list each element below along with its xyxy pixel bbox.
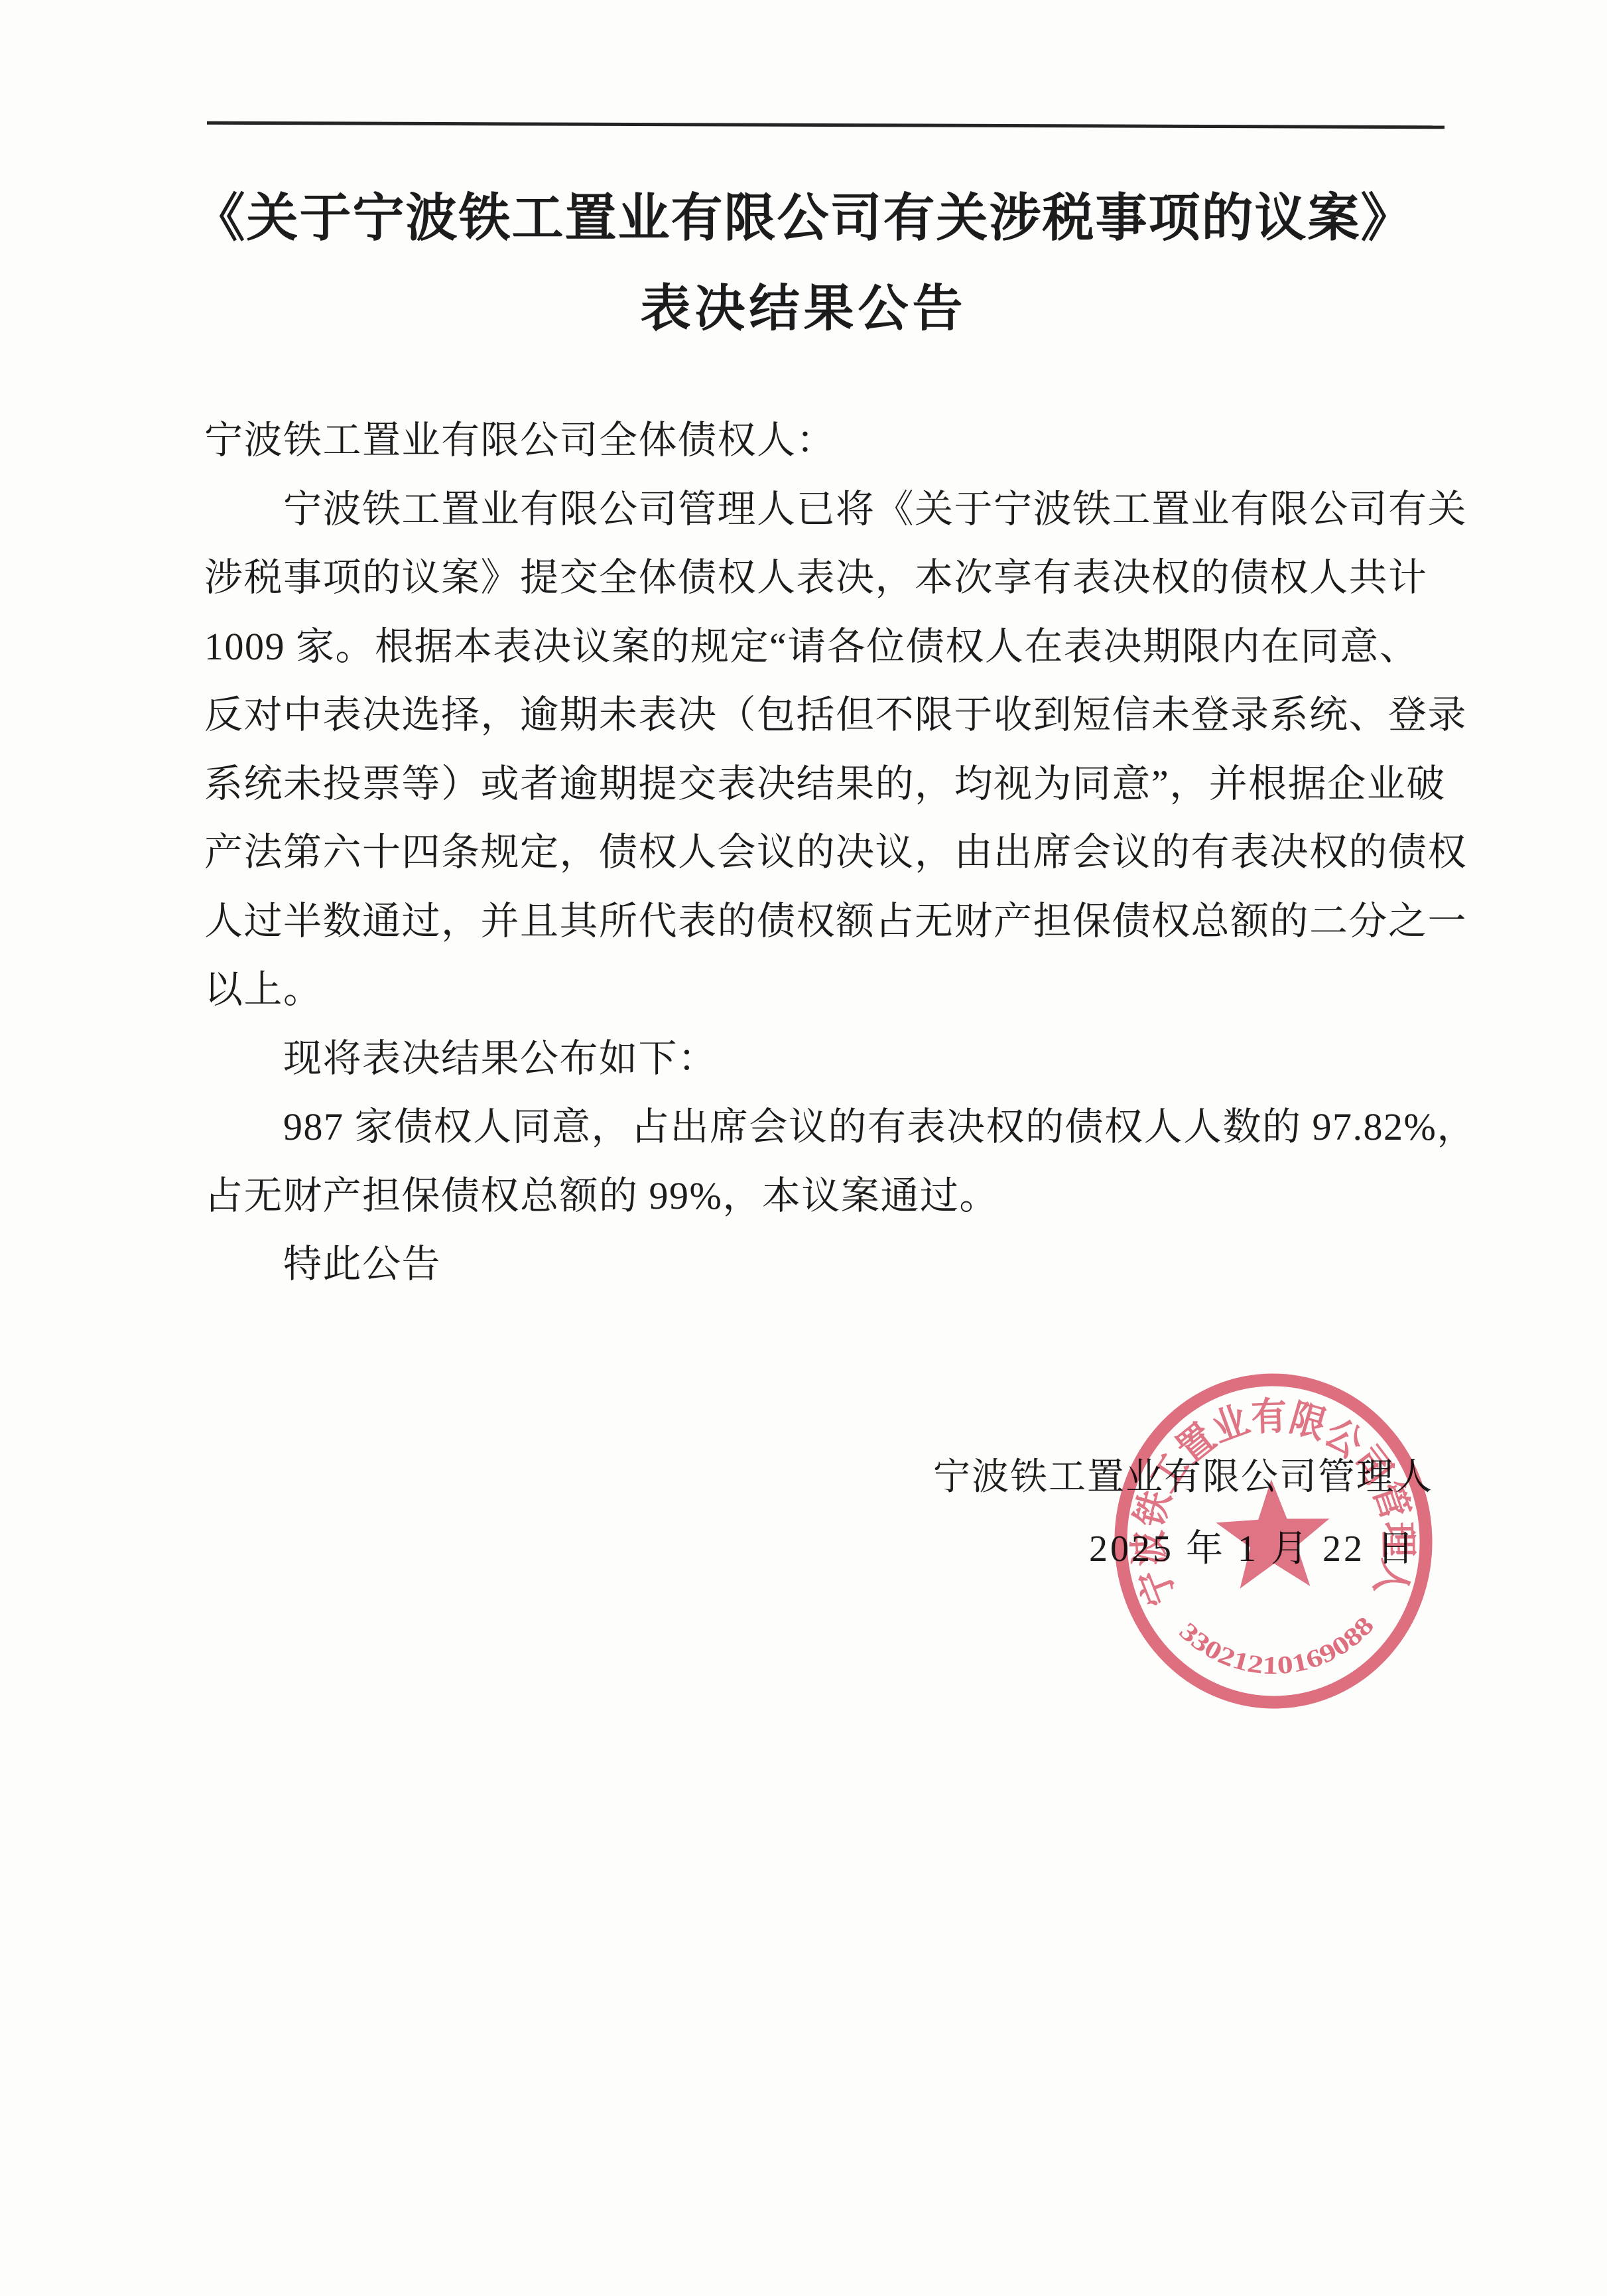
document-title-line2: 表决结果公告 xyxy=(0,268,1607,340)
body-line: 1009 家。根据本表决议案的规定“请各位债权人在表决期限内在同意、 xyxy=(204,612,1433,681)
body-line: 以上。 xyxy=(204,955,1433,1024)
body-line: 涉税事项的议案》提交全体债权人表决，本次享有表决权的债权人共计 xyxy=(204,543,1433,612)
seal-star-icon xyxy=(1214,1477,1332,1589)
body-line: 产法第六十四条规定，债权人会议的决议，由出席会议的有表决权的债权 xyxy=(204,818,1433,887)
seal-serial-number: 33021210169088 xyxy=(1173,1611,1382,1684)
body-line: 987 家债权人同意，占出席会议的有表决权的债权人人数的 97.82%， xyxy=(204,1093,1433,1162)
body-line: 特此公告 xyxy=(204,1230,1433,1299)
body-line: 宁波铁工置业有限公司全体债权人： xyxy=(204,406,1433,475)
header-rule xyxy=(207,121,1445,129)
body-line: 占无财产担保债权总额的 99%，本议案通过。 xyxy=(204,1162,1433,1231)
body-line: 宁波铁工置业有限公司管理人已将《关于宁波铁工置业有限公司有关 xyxy=(204,475,1433,544)
body-line: 现将表决结果公布如下： xyxy=(204,1024,1433,1093)
announcement-body: 宁波铁工置业有限公司全体债权人： 宁波铁工置业有限公司管理人已将《关于宁波铁工置… xyxy=(204,406,1433,1299)
body-line: 反对中表决选择，逾期未表决（包括但不限于收到短信未登录系统、登录 xyxy=(204,681,1433,750)
body-line: 系统未投票等）或者逾期提交表决结果的，均视为同意”，并根据企业破 xyxy=(204,750,1433,819)
document-title-line1: 《关于宁波铁工置业有限公司有关涉税事项的议案》 xyxy=(0,176,1607,251)
body-line: 人过半数通过，并且其所代表的债权额占无财产担保债权总额的二分之一 xyxy=(204,887,1433,956)
company-seal: 宁波铁工置业有限公司管理人 33021210169088 xyxy=(1092,1353,1456,1729)
scanned-announcement-page: 《关于宁波铁工置业有限公司有关涉税事项的议案》 表决结果公告 宁波铁工置业有限公… xyxy=(0,0,1607,2296)
